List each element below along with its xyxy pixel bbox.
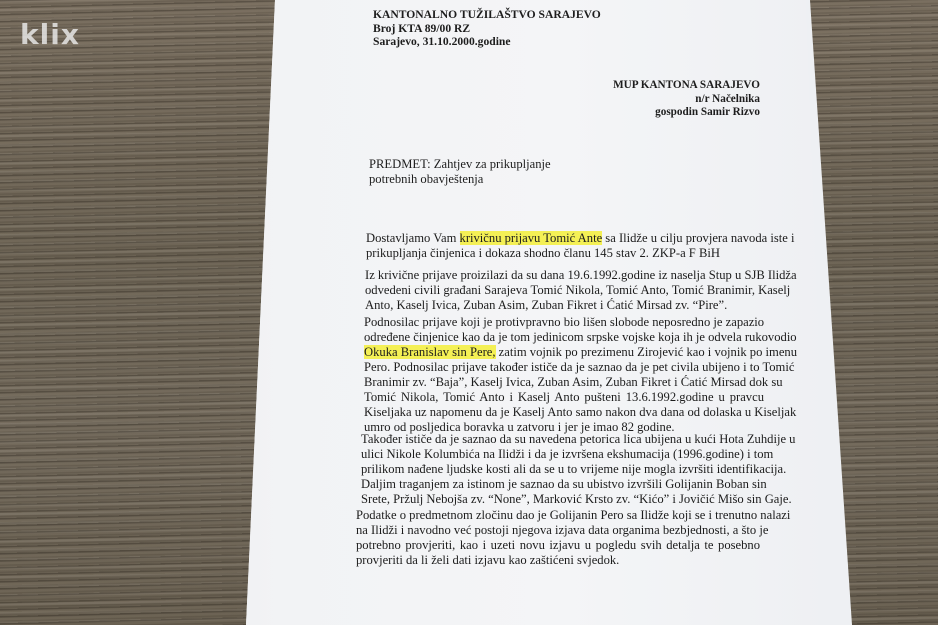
paragraph-line: Podnosilac prijave koji je protivpravno … <box>364 315 764 330</box>
reference-number: Broj KTA 89/00 RZ <box>373 22 601 36</box>
paragraph-line: ulici Nikole Kolumbića na Ilidži i da je… <box>361 447 761 462</box>
paragraph-line: Branimir zv. “Baja”, Kaselj Ivica, Zuban… <box>364 375 764 390</box>
subject-line-1: PREDMET: Zahtjev za prikupljanje <box>369 157 551 172</box>
text: Dostavljamo Vam <box>366 231 460 245</box>
paragraph-line: prilikom nađene ljudske kosti ali da se … <box>361 462 761 477</box>
paragraph-line: Anto, Kaselj Ivica, Zuban Asim, Zuban Fi… <box>365 298 765 313</box>
place-date: Sarajevo, 31.10.2000.godine <box>373 35 601 49</box>
paragraph-3: Podnosilac prijave koji je protivpravno … <box>364 315 764 435</box>
institution-name: KANTONALNO TUŽILAŠTVO SARAJEVO <box>373 8 601 22</box>
klix-watermark-logo: klix <box>20 18 80 51</box>
paragraph-line: Okuka Branislav sin Pere, zatim vojnik p… <box>364 345 764 360</box>
paragraph-1: Dostavljamo Vam krivičnu prijavu Tomić A… <box>366 231 766 261</box>
paragraph-line: Tomić Nikola, Tomić Anto i Kaselj Anto p… <box>364 390 764 405</box>
paragraph-line: Srete, Pržulj Nebojša zv. “None”, Markov… <box>361 492 761 507</box>
paragraph-4: Također ističe da je saznao da su navede… <box>361 432 761 507</box>
subject-line-2: potrebnih obavještenja <box>369 172 551 187</box>
paragraph-line: Iz krivične prijave proizilazi da su dan… <box>365 268 765 283</box>
text: zatim vojnik po prezimenu Zirojević kao … <box>496 345 797 359</box>
paragraph-line: odvedeni civili građani Sarajeva Tomić N… <box>365 283 765 298</box>
letterhead: KANTONALNO TUŽILAŠTVO SARAJEVO Broj KTA … <box>373 8 601 49</box>
paragraph-2: Iz krivične prijave proizilazi da su dan… <box>365 268 765 313</box>
highlighted-text: krivičnu prijavu Tomić Ante <box>460 231 603 245</box>
text: sa Ilidže u cilju provjera navoda iste i <box>602 231 794 245</box>
recipient-person: gospodin Samir Rizvo <box>560 106 760 120</box>
paragraph-line: određene činjenice kao da je tom jedinic… <box>364 330 764 345</box>
paragraph-line: Daljim traganjem za istinom je saznao da… <box>361 477 761 492</box>
recipient-org: MUP KANTONA SARAJEVO <box>560 79 760 93</box>
paragraph-line: potrebno provjeriti, kao i uzeti novu iz… <box>356 538 760 553</box>
paragraph-5: Podatke o predmetnom zločinu dao je Goli… <box>356 508 760 568</box>
paragraph-line: Podatke o predmetnom zločinu dao je Goli… <box>356 508 760 523</box>
highlighted-text: Okuka Branislav sin Pere, <box>364 345 496 359</box>
paragraph-line: na Ilidži i navodno već postoji njegova … <box>356 523 760 538</box>
paragraph-line: prikupljanja činjenica i dokaza shodno č… <box>366 246 766 261</box>
paragraph-line: provjeriti da li želi dati izjavu kao za… <box>356 553 760 568</box>
subject-block: PREDMET: Zahtjev za prikupljanje potrebn… <box>369 157 551 187</box>
paragraph-line: Dostavljamo Vam krivičnu prijavu Tomić A… <box>366 231 766 246</box>
paragraph-line: Pero. Podnosilac prijave također ističe … <box>364 360 764 375</box>
paragraph-line: Kiseljaka uz napomenu da je Kaselj Anto … <box>364 405 764 420</box>
recipient-block: MUP KANTONA SARAJEVO n/r Načelnika gospo… <box>560 79 760 120</box>
recipient-attention: n/r Načelnika <box>560 93 760 107</box>
paragraph-line: Također ističe da je saznao da su navede… <box>361 432 761 447</box>
